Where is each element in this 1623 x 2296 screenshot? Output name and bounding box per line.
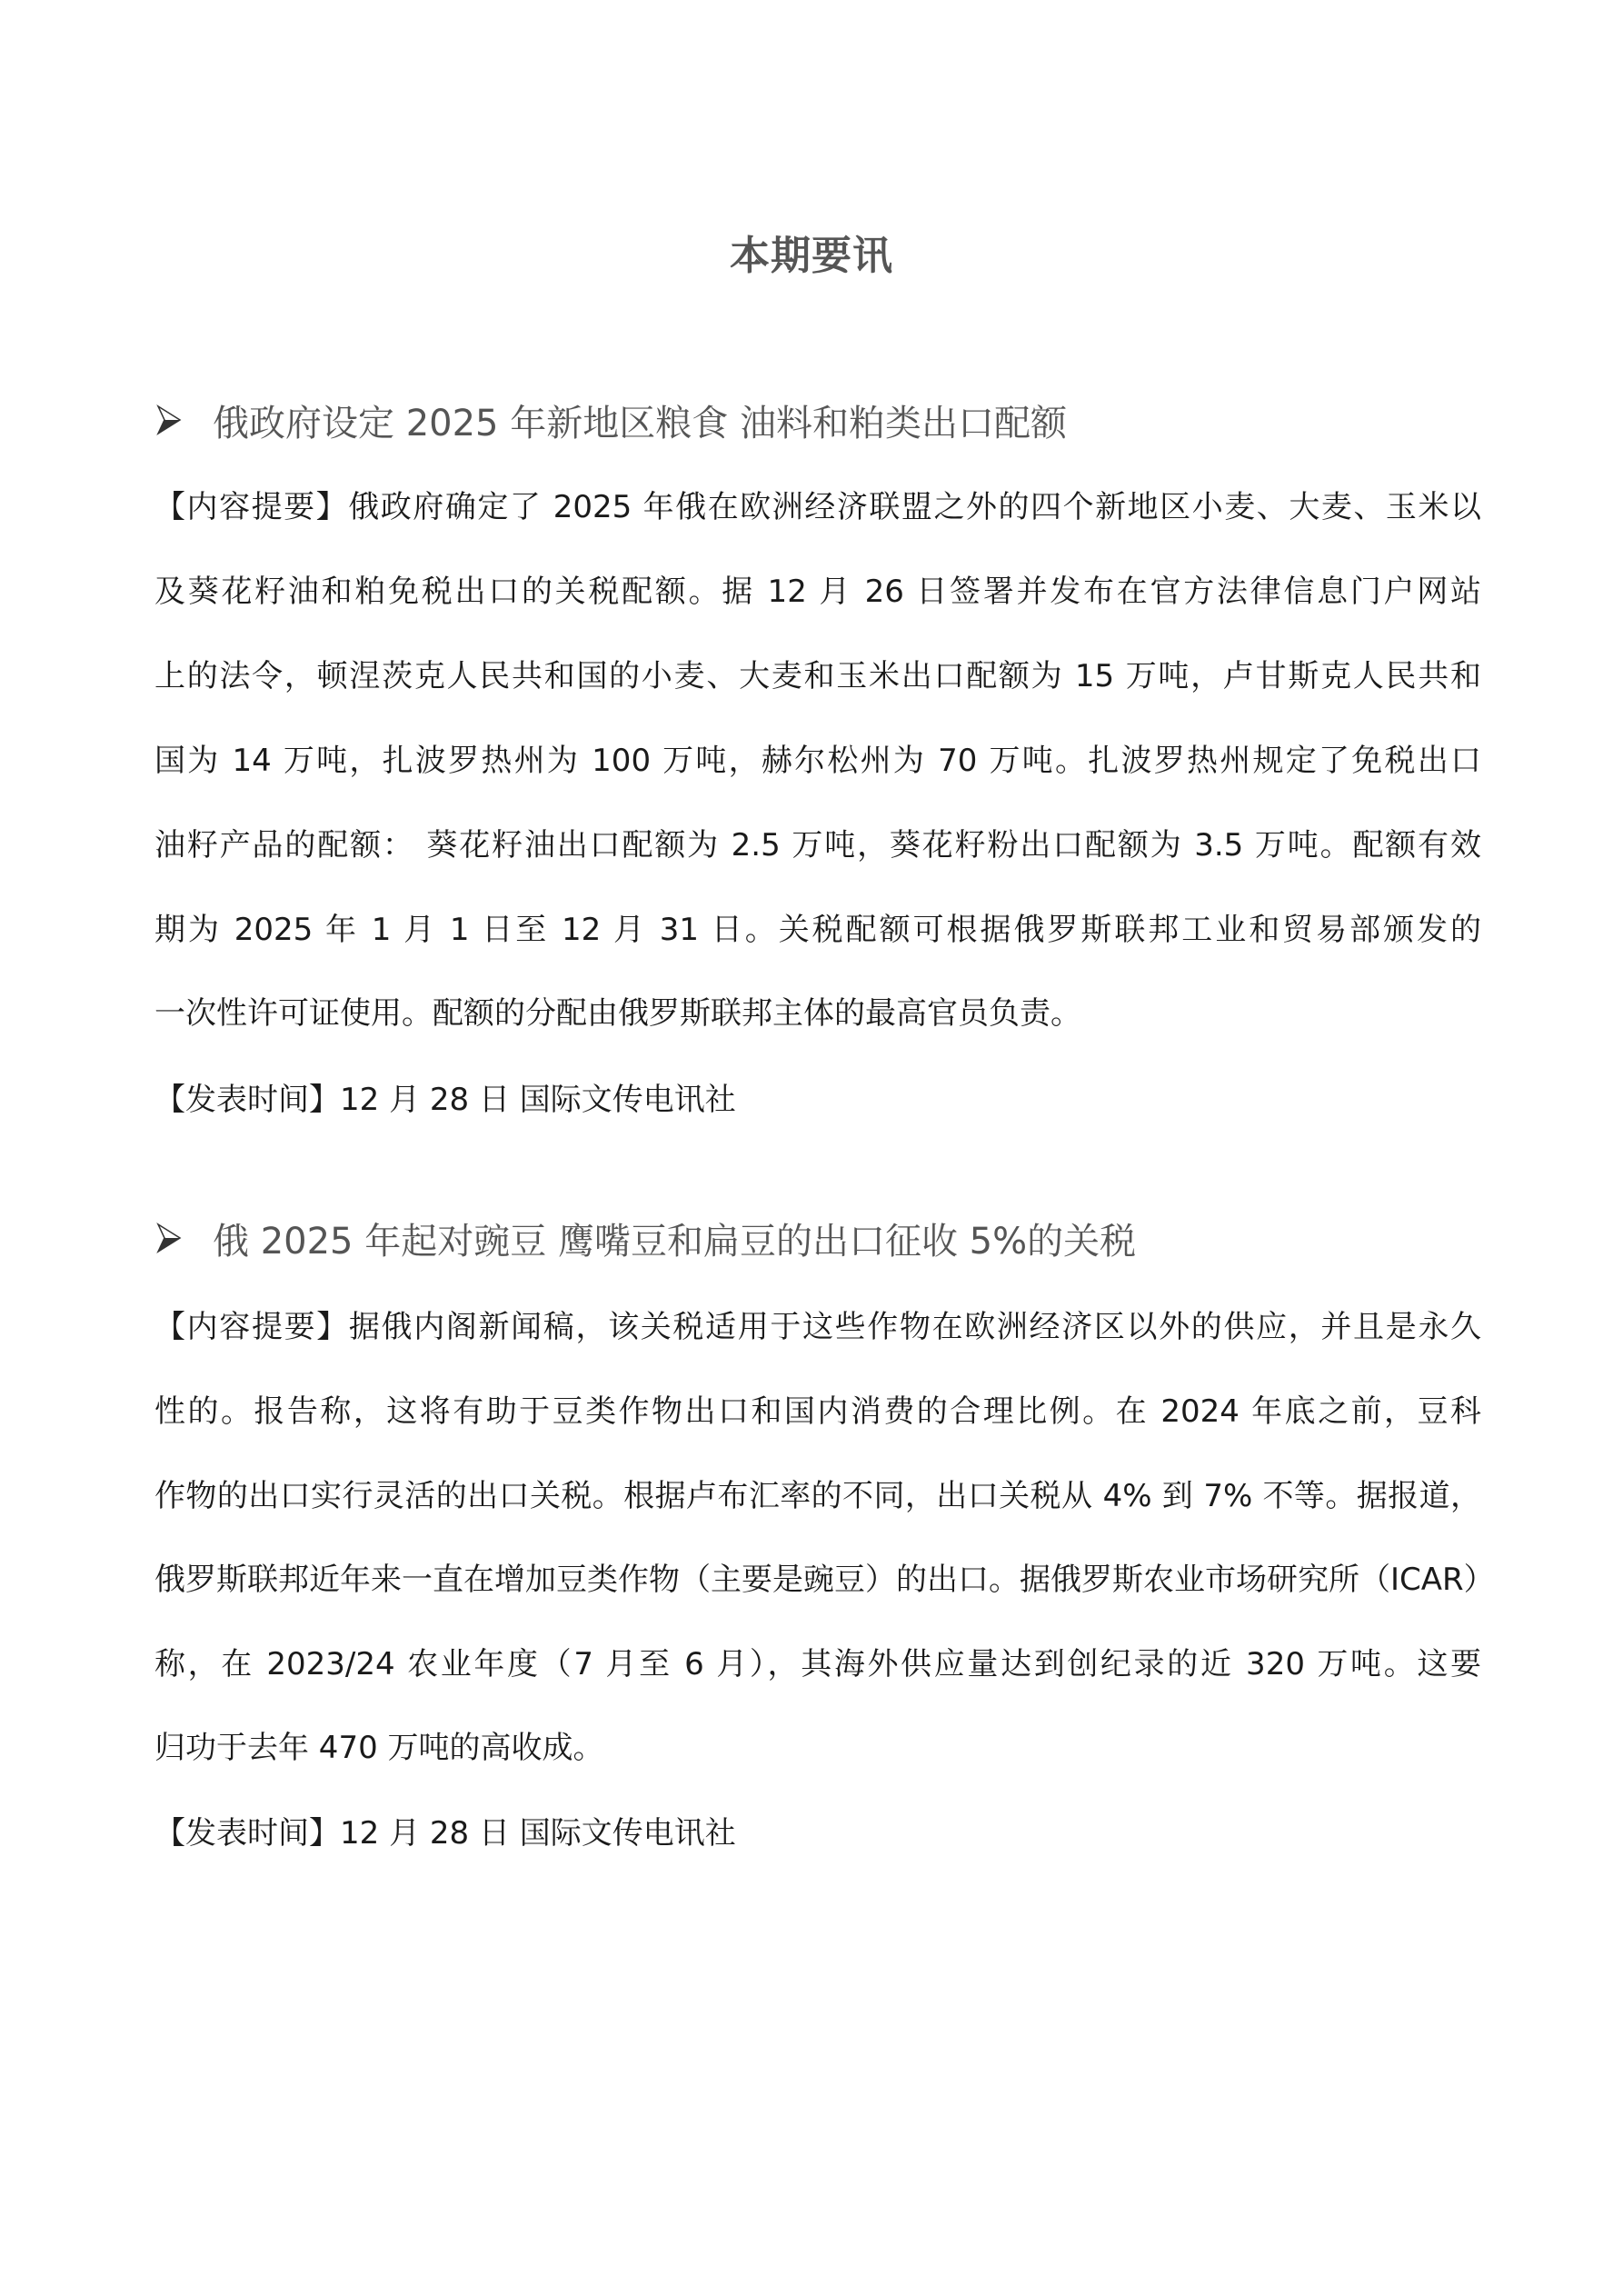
arrow-bullet-icon [156,404,182,435]
summary-line: 称，在 2023/24 农业年度（7 月至 6 月），其海外供应量达到创纪录的近… [154,1644,1481,1684]
arrow-bullet-icon [156,1223,182,1253]
article-heading-text: 俄政府设定 2025 年新地区粮食 油料和粕类出口配额 [213,394,1067,446]
summary-line: 上的法令，顿涅茨克人民共和国的小麦、大麦和玉米出口配额为 15 万吨，卢甘斯克人… [154,656,1481,696]
article-heading: 俄政府设定 2025 年新地区粮食 油料和粕类出口配额 [156,394,1067,445]
summary-line: 作物的出口实行灵活的出口关税。根据卢布汇率的不同，出口关税从 4% 到 7% 不… [154,1476,1481,1516]
summary-line: 俄罗斯联邦近年来一直在增加豆类作物（主要是豌豆）的出口。据俄罗斯农业市场研究所（… [154,1560,1481,1600]
summary-line: 及葵花籽油和粕免税出口的关税配额。据 12 月 26 日签署并发布在官方法律信息… [154,572,1481,612]
page-title: 本期要讯 [0,223,1623,281]
article-heading: 俄 2025 年起对豌豆 鹰嘴豆和扁豆的出口征收 5%的关税 [156,1213,1136,1263]
summary-line: 期为 2025 年 1 月 1 日至 12 月 31 日。关税配额可根据俄罗斯联… [154,910,1481,950]
summary-line: 【内容提要】据俄内阁新闻稿，该关税适用于这些作物在欧洲经济区以外的供应，并且是永… [154,1307,1481,1347]
article-heading-text: 俄 2025 年起对豌豆 鹰嘴豆和扁豆的出口征收 5%的关税 [213,1213,1136,1264]
summary-line: 油籽产品的配额： 葵花籽油出口配额为 2.5 万吨，葵花籽粉出口配额为 3.5 … [154,825,1481,865]
summary-line: 一次性许可证使用。配额的分配由俄罗斯联邦主体的最高官员负责。 [154,993,1481,1033]
summary-line: 归功于去年 470 万吨的高收成。 [154,1728,1481,1768]
summary-line: 【内容提要】俄政府确定了 2025 年俄在欧洲经济联盟之外的四个新地区小麦、大麦… [154,487,1481,527]
published-info: 【发表时间】12 月 28 日 国际文传电讯社 [154,1813,736,1853]
summary-line: 性的。报告称，这将有助于豆类作物出口和国内消费的合理比例。在 2024 年底之前… [154,1392,1481,1432]
summary-line: 国为 14 万吨，扎波罗热州为 100 万吨，赫尔松州为 70 万吨。扎波罗热州… [154,741,1481,781]
published-info: 【发表时间】12 月 28 日 国际文传电讯社 [154,1080,736,1120]
